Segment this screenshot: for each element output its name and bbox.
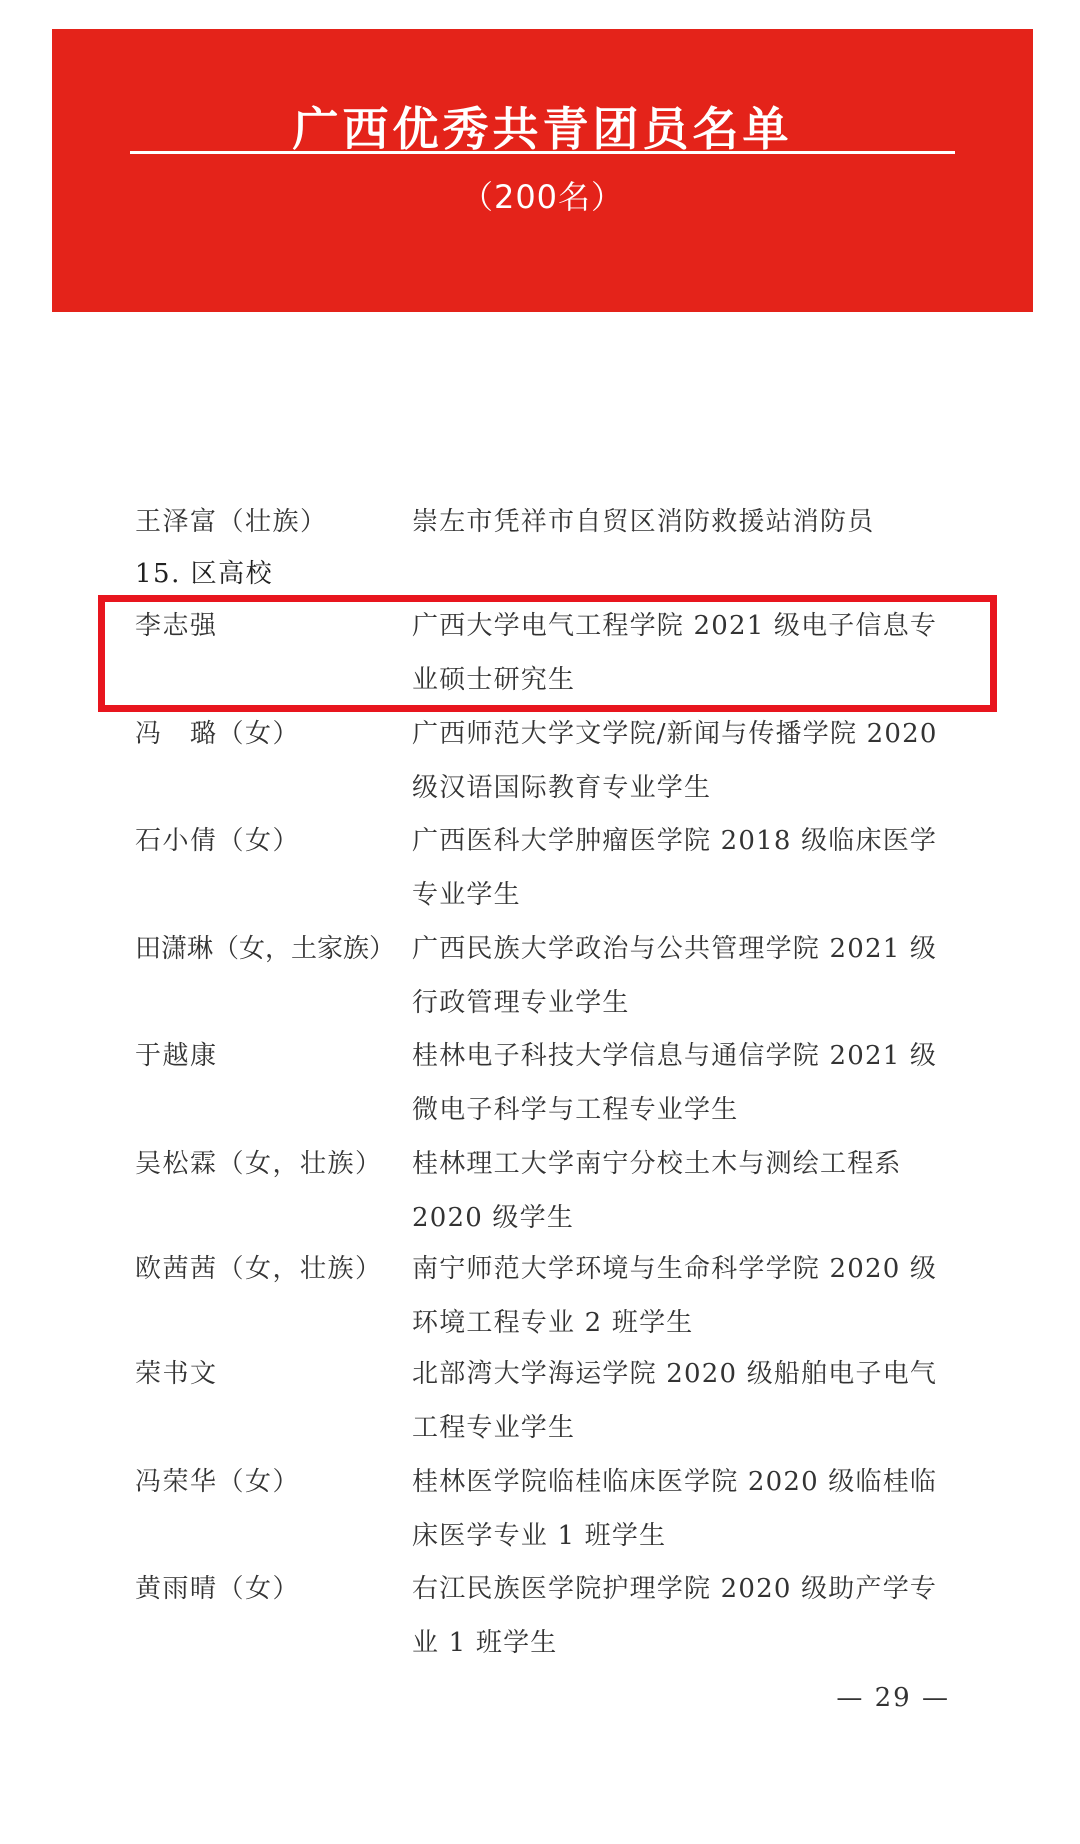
honoree-name: 于越康 <box>135 1030 415 1084</box>
honoree-description: 崇左市凭祥市自贸区消防救援站消防员 <box>412 496 957 550</box>
honoree-description: 广西民族大学政治与公共管理学院 2021 级 行政管理专业学生 <box>412 923 957 1030</box>
honoree-name: 黄雨晴（女） <box>135 1563 415 1617</box>
document-subtitle-count: （200名） <box>52 175 1033 219</box>
page-number: — 29 — <box>836 1676 950 1720</box>
honoree-name: 荣书文 <box>135 1348 415 1402</box>
honoree-description: 广西师范大学文学院/新闻与传播学院 2020 级汉语国际教育专业学生 <box>412 708 957 815</box>
honoree-name: 吴松霖（女，壮族） <box>135 1138 415 1192</box>
honoree-description: 右江民族医学院护理学院 2020 级助产学专 业 1 班学生 <box>412 1563 957 1670</box>
honoree-description: 桂林医学院临桂临床医学院 2020 级临桂临 床医学专业 1 班学生 <box>412 1456 957 1563</box>
honoree-description: 广西医科大学肿瘤医学院 2018 级临床医学 专业学生 <box>412 815 957 922</box>
honoree-name: 李志强 <box>135 600 415 654</box>
honoree-name: 王泽富（壮族） <box>135 496 415 550</box>
honoree-description: 桂林电子科技大学信息与通信学院 2021 级 微电子科学与工程专业学生 <box>412 1030 957 1137</box>
banner-divider <box>130 151 955 154</box>
document-title: 广西优秀共青团员名单 <box>52 99 1033 159</box>
honoree-name: 冯 璐（女） <box>135 708 415 762</box>
honoree-description: 北部湾大学海运学院 2020 级船舶电子电气 工程专业学生 <box>412 1348 957 1455</box>
honoree-name: 石小倩（女） <box>135 815 415 869</box>
honoree-description: 桂林理工大学南宁分校土木与测绘工程系 2020 级学生 <box>412 1138 957 1245</box>
honoree-name: 欧茜茜（女，壮族） <box>135 1243 415 1297</box>
section-heading: 15. 区高校 <box>135 548 273 602</box>
honoree-name: 冯荣华（女） <box>135 1456 415 1510</box>
title-banner: 广西优秀共青团员名单 （200名） <box>52 29 1033 312</box>
honoree-description: 南宁师范大学环境与生命科学学院 2020 级 环境工程专业 2 班学生 <box>412 1243 957 1350</box>
section-label: 区高校 <box>191 559 274 589</box>
honoree-name: 田潇琳（女，土家族） <box>135 923 415 977</box>
honoree-description: 广西大学电气工程学院 2021 级电子信息专 业硕士研究生 <box>412 600 957 707</box>
section-number: 15. <box>135 559 181 589</box>
